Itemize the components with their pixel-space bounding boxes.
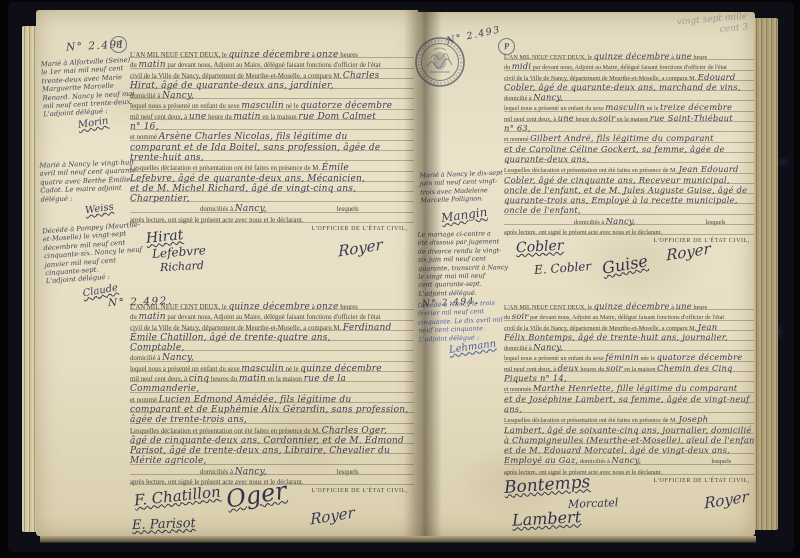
act-line: domiciliés à Nancy,lesquels xyxy=(504,215,755,225)
printed-text: lesquels xyxy=(711,458,731,465)
register-scan: N° 2.491 Marié à Alfortville (Seine)le 1… xyxy=(0,0,800,558)
officer-signature: Royer xyxy=(338,235,383,260)
printed-text: en la maison xyxy=(266,376,304,383)
handwritten-text: Employé au Gaz, xyxy=(504,455,578,465)
act-line: et nommée Marthe Henriette, fille légiti… xyxy=(504,382,755,392)
act-lines: L'AN MIL NEUF CENT DEUX, le quinze décem… xyxy=(130,300,414,485)
handwritten-text: rue Dom Calmet xyxy=(298,112,376,122)
act-line: lequel nous a présenté un enfant du sexe… xyxy=(504,101,755,111)
act-line: âgé de cinquante-deux ans, Cordonnier, e… xyxy=(130,434,414,444)
act-line: ans, xyxy=(504,403,755,413)
act-line: à Champigneulles (Meurthe-et-Moselle), a… xyxy=(504,434,755,444)
signature: E. Cobler xyxy=(534,259,592,277)
act-line: quarante-deux ans, xyxy=(504,153,755,163)
handwritten-text: une xyxy=(558,113,574,123)
printed-text: heures du xyxy=(579,366,606,373)
act-line: comparant et de Euphémie Alix Gérardin, … xyxy=(130,403,414,413)
act-line: domicilié à Nancy, xyxy=(504,91,755,101)
act-line: n° 63, xyxy=(504,122,755,132)
printed-text: lesquels xyxy=(337,469,359,476)
act-line: après lecture, ont signé le présent acte… xyxy=(504,225,755,235)
handwritten-text: Nancy, xyxy=(611,455,641,465)
act-line: lequel nous a présenté un enfant du sexe… xyxy=(130,99,414,109)
printed-text: en la maison xyxy=(623,366,657,373)
officer-label: L'Officier de l'état civil, xyxy=(312,488,408,494)
officer-label: L'Officier de l'état civil, xyxy=(654,478,750,484)
marginal-note: Marié à Alfortville (Seine)le 1er mai mi… xyxy=(41,56,136,120)
act-line: Lesquelles déclaration et présentation o… xyxy=(130,161,414,171)
act-line: lequel nous a présenté un enfant du sexe… xyxy=(130,362,414,372)
marginal-note-signature: Morin xyxy=(77,115,109,131)
act-line: Cobler, âgé de quarante-deux ans, marcha… xyxy=(504,81,755,91)
officer-label: L'Officier de l'état civil, xyxy=(312,226,408,232)
act-line: domiciliés à Nancy,lesquels xyxy=(130,202,414,212)
act-line: du matin par devant nous, Adjoint au Mai… xyxy=(130,58,414,68)
handwritten-text: Jean Edouard xyxy=(679,164,739,174)
act-line: oncle de l'enfant, et de M. Jules August… xyxy=(504,184,755,194)
act-line: du matin par devant nous, Adjoint au Mai… xyxy=(130,310,414,320)
handwritten-text: soir xyxy=(512,311,529,321)
birth-act-2494: L'AN MIL NEUF CENT DEUX, le quinze décem… xyxy=(504,300,755,536)
act-line: Parisot, âgé de trente-deux ans, Librair… xyxy=(130,444,414,454)
act-line: mil neuf cent deux, à une heure du soir … xyxy=(504,112,755,122)
handwritten-text: masculin xyxy=(605,102,645,112)
signature: Bontemps xyxy=(503,472,590,498)
act-line: après lecture, ont signé le présent acte… xyxy=(130,213,414,223)
act-line: du soir par devant nous, Adjoint au Mair… xyxy=(504,310,755,320)
handwritten-text: matin xyxy=(233,112,260,122)
signature-zone: L'Officier de l'état civil, Bontemps Mor… xyxy=(504,475,755,536)
signature-zone: L'Officier de l'état civil, Hirat Lefebv… xyxy=(130,223,414,285)
act-line: mil neuf cent deux, à deux heures du soi… xyxy=(504,362,755,372)
act-line: civil de la Ville de Nancy, département … xyxy=(504,321,755,331)
act-line: Cobler, âgé de cinquante ans, Receveur m… xyxy=(504,174,755,184)
act-line: lequel nous a présenté un enfant du sexe… xyxy=(504,351,755,361)
handwritten-text: oncle de l'enfant, xyxy=(504,205,581,215)
act-line: domicilié à Nancy, xyxy=(130,351,414,361)
act-line: L'AN MIL NEUF CENT DEUX, le quinze décem… xyxy=(130,48,414,58)
act-line: civil de la Ville de Nancy, département … xyxy=(130,321,414,331)
printed-text: en la maison xyxy=(615,116,649,123)
act-line: L'AN MIL NEUF CENT DEUX, le quinze décem… xyxy=(504,50,755,60)
page-edges-bottom xyxy=(40,536,756,543)
act-line: et de Caroline Céline Gockert, sa femme,… xyxy=(504,143,755,153)
act-line: Lesquelles déclaration et présentation o… xyxy=(504,163,755,173)
marginal-note-lines: Marié à Nancy le dix-septjuin mil neuf c… xyxy=(419,169,504,206)
signature: Richard xyxy=(160,259,205,274)
marginal-note: Marié à Nancy le vingt-huitavril mil neu… xyxy=(39,158,134,203)
marginal-note: Décédé à Pompey (Meurthe-et-Moselle) le … xyxy=(42,221,140,286)
act-line: L'AN MIL NEUF CENT DEUX, le quinze décem… xyxy=(130,300,414,310)
birth-act-2492: L'AN MIL NEUF CENT DEUX, le quinze décem… xyxy=(130,300,414,536)
act-line: et nommé Lucien Edmond Amédée, fils légi… xyxy=(130,393,414,403)
printed-text: heure du xyxy=(574,116,599,123)
act-line: oncle de l'enfant, xyxy=(504,204,755,214)
signature: E. Parisot xyxy=(132,516,196,533)
marginal-note-lines: Décédé à Pompey (Meurthe-et-Moselle) le … xyxy=(42,221,140,286)
signature: F. Chatillon xyxy=(133,483,221,510)
official-seal-stamp xyxy=(414,36,466,88)
signature: Lambert xyxy=(512,507,582,530)
act-lines: L'AN MIL NEUF CENT DEUX, le quinze décem… xyxy=(504,300,755,475)
officer-signature: Royer xyxy=(310,504,355,529)
margin-note-line: Marcelle Pollignon. xyxy=(420,194,504,205)
officer-signature: Royer xyxy=(704,487,749,512)
page-edges-right xyxy=(754,18,778,530)
handwritten-text: rue de la xyxy=(304,374,346,384)
act-line: du midi par devant nous, Adjoint au Mair… xyxy=(504,60,755,70)
handwritten-text: quatorze décembre xyxy=(657,352,743,362)
marginal-note: Le mariage ci-contre aété dissous par ju… xyxy=(418,229,505,298)
handwritten-text: Charles xyxy=(343,71,380,81)
handwritten-text: Ferdinand xyxy=(343,323,392,333)
handwritten-text: midi xyxy=(512,61,531,71)
act-line: civil de la Ville de Nancy, département … xyxy=(504,71,755,81)
printed-text: heures du xyxy=(209,376,239,383)
act-line: L'AN MIL NEUF CENT DEUX, le quinze décem… xyxy=(504,300,755,310)
act-line: quarante-trois ans, Employé à la recette… xyxy=(504,194,755,204)
left-page: N° 2.491 Marié à Alfortville (Seine)le 1… xyxy=(36,10,418,536)
act-line: Piquets n° 14, xyxy=(504,372,755,382)
act-line: et de Joséphine Lambert, sa femme, âgée … xyxy=(504,393,755,403)
act-line: Lesquelles déclaration et présentation o… xyxy=(504,413,755,423)
birth-act-2493: L'AN MIL NEUF CENT DEUX, le quinze décem… xyxy=(504,50,755,297)
act-lines: L'AN MIL NEUF CENT DEUX, le quinze décem… xyxy=(504,50,755,235)
act-line: Employé au Gaz, domiciliés à Nancy,lesqu… xyxy=(504,454,755,464)
act-line: après lecture, ont signé le présent acte… xyxy=(504,465,755,475)
act-line: comparant et de Ida Boitel, sans profess… xyxy=(130,141,414,151)
marginal-note-lines: Le mariage ci-contre aété dissous par ju… xyxy=(418,229,505,298)
right-page: vingt sept mille cent 3 N° 2.493 P Marié… xyxy=(418,12,755,536)
signature-zone: L'Officier de l'état civil, F. Chatillon… xyxy=(130,485,414,536)
handwritten-text: rue Saint-Thiébaut xyxy=(650,113,733,123)
marginal-note-lines: Marié à Alfortville (Seine)le 1er mai mi… xyxy=(41,56,136,120)
handwritten-text: Marthe Henriette, fille légitime du comp… xyxy=(533,383,738,393)
printed-text: lesquels xyxy=(337,206,359,213)
act-line: et nommé Gilbert André, fils légitime du… xyxy=(504,132,755,142)
handwritten-text: féminin xyxy=(605,352,639,362)
act-line: domiciliés à Nancy,lesquels xyxy=(130,465,414,475)
act-line: et de M. Michel Richard, âgé de vingt-ci… xyxy=(130,182,414,192)
act-line: et de M. Édouard Morcatel, âgé de vingt-… xyxy=(504,444,755,454)
handwritten-text: soir xyxy=(599,113,616,123)
act-lines: L'AN MIL NEUF CENT DEUX, le quinze décem… xyxy=(130,48,414,223)
handwritten-text: Chemin des Cinq xyxy=(657,363,733,373)
handwritten-text: Joseph xyxy=(679,414,709,424)
handwritten-text: matin xyxy=(239,374,266,384)
act-line: Lambert, âgé de soixante-cinq ans, journ… xyxy=(504,424,755,434)
act-line: Lefebvre, âgé de quarante-deux ans, Méca… xyxy=(130,172,414,182)
marginal-note-signature: Mangin xyxy=(440,205,488,225)
act-line: domicilié à Nancy, xyxy=(504,341,755,351)
signature-zone: L'Officier de l'état civil, Cobler E. Co… xyxy=(504,235,755,297)
printed-text: en la maison xyxy=(261,114,299,121)
handwritten-text: une xyxy=(189,112,207,122)
birth-act-2491: L'AN MIL NEUF CENT DEUX, le quinze décem… xyxy=(130,48,414,285)
printed-text: heure du xyxy=(206,114,233,121)
act-line: Lesquelles déclaration et présentation o… xyxy=(130,424,414,434)
printed-text: lesquels xyxy=(706,219,726,226)
act-line: civil de la Ville de Nancy, département … xyxy=(130,69,414,79)
act-line: Félix Bontemps, âgé de trente-huit ans, … xyxy=(504,331,755,341)
marginal-note-signature: Weiss xyxy=(84,202,114,217)
handwritten-text: treize décembre xyxy=(660,102,732,112)
act-line: Commanderie, xyxy=(130,382,414,392)
pencil-folio-note: vingt sept mille cent 3 xyxy=(597,12,748,46)
handwritten-text: et de Joséphine Lambert, sa femme, âgée … xyxy=(504,394,749,404)
signature: Cobler xyxy=(516,238,564,256)
act-line: mil neuf cent deux, à une heure du matin… xyxy=(130,110,414,120)
marginal-note-lines: Marié à Nancy le vingt-huitavril mil neu… xyxy=(39,158,134,203)
handwritten-text: soir xyxy=(606,363,623,373)
handwritten-text: Gilbert André, fils légitime du comparan… xyxy=(530,133,714,143)
act-line: et nommé Arsène Charles Nicolas, fils lé… xyxy=(130,130,414,140)
marginal-note: Marié à Nancy le dix-septjuin mil neuf c… xyxy=(419,169,504,206)
signature: Guise xyxy=(601,252,649,279)
